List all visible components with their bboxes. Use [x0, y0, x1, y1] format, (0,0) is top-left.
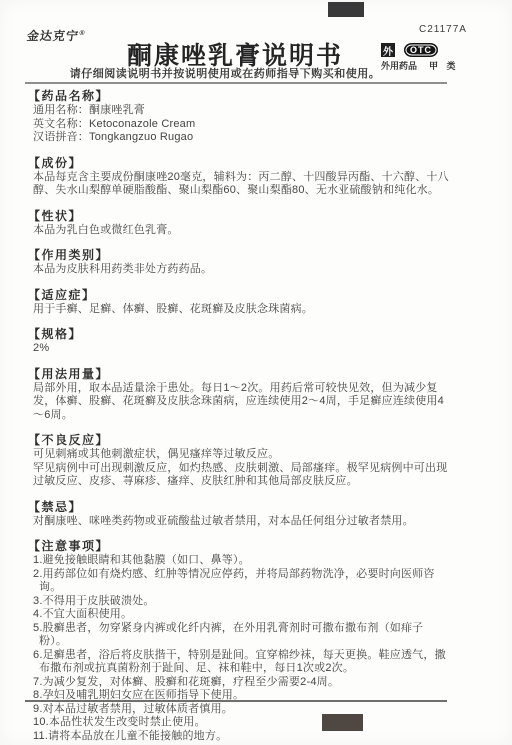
section-text: 本品每克含主要成份酮康唑20毫克，辅料为：丙二醇、十四酸异丙酯、十六醇、十八醇、… [28, 171, 449, 198]
precaution-item: 10.本品性状发生改变时禁止使用。 [28, 716, 449, 730]
section-text: 对酮康唑、咪唑类药物或亚硫酸盐过敏者禁用，对本品任何组分过敏者禁用。 [28, 515, 449, 529]
section-text: 可见刺痛或其他刺激症状，偶见瘙痒等过敏反应。 [28, 448, 449, 462]
footer-divider [25, 700, 447, 702]
section-title: 【规格】 [28, 327, 449, 342]
precaution-item: 3.不得用于皮肤破溃处。 [28, 595, 449, 609]
precaution-item: 9.对本品过敏者禁用，过敏体质者慎用。 [28, 703, 449, 717]
leaflet-content: 【药品名称】 通用名称：酮康唑乳膏 英文名称：Ketoconazole Crea… [28, 86, 449, 743]
section-title: 【适应症】 [28, 288, 449, 303]
drug-leaflet-page: 金达克宁® C21177A 酮康唑乳膏说明书 请仔细阅读说明书并按说明使用或在药… [0, 0, 512, 745]
section-title: 【性状】 [28, 209, 449, 224]
section-drug-name: 【药品名称】 通用名称：酮康唑乳膏 英文名称：Ketoconazole Crea… [28, 89, 449, 145]
precaution-item: 4.不宜大面积使用。 [28, 608, 449, 622]
section-precautions: 【注意事项】 1.避免接触眼睛和其他黏膜（如口、鼻等）。 2.用药部位如有烧灼感… [28, 539, 449, 743]
section-contraindications: 【禁忌】 对酮康唑、咪唑类药物或亚硫酸盐过敏者禁用，对本品任何组分过敏者禁用。 [28, 500, 449, 529]
pinyin-name-line: 汉语拼音：Tongkangzuo Rugao [28, 131, 449, 145]
topical-use-icon: 外 [381, 43, 395, 57]
print-registration-mark-top [328, 2, 364, 17]
precaution-item: 5.股癣患者，勿穿紧身内裤或化纤内裤，在外用乳膏剂时可撒布撒布剂（如痱子粉）。 [28, 622, 449, 649]
precaution-item: 2.用药部位如有烧灼感、红肿等情况应停药，并将局部药物洗净，必要时向医师咨询。 [28, 568, 449, 595]
section-category: 【作用类别】 本品为皮肤科用药类非处方药药品。 [28, 248, 449, 277]
document-code: C21177A [419, 24, 467, 35]
section-title: 【药品名称】 [28, 89, 449, 104]
precaution-item: 6.足癣患者，浴后将皮肤揩干，特别是趾间。宜穿棉纱袜，每天更换。鞋应透气，撒布撒… [28, 649, 449, 676]
print-registration-mark-bottom [322, 714, 363, 731]
section-ingredients: 【成份】 本品每克含主要成份酮康唑20毫克，辅料为：丙二醇、十四酸异丙酯、十六醇… [28, 156, 449, 198]
brand-name: 金达克宁 [26, 29, 80, 43]
section-title: 【注意事项】 [28, 539, 449, 554]
section-indications: 【适应症】 用于手癣、足癣、体癣、股癣、花斑癣及皮肤念珠菌病。 [28, 288, 449, 317]
page-subtitle: 请仔细阅读说明书并按说明使用或在药师指导下购买和使用。 [55, 65, 395, 81]
section-title: 【用法用量】 [28, 367, 449, 382]
section-strength: 【规格】 2% [28, 327, 449, 356]
precaution-item: 7.为减少复发，对体癣、股癣和花斑癣，疗程至少需要2-4周。 [28, 676, 449, 690]
precaution-item: 11.请将本品放在儿童不能接触的地方。 [28, 730, 449, 744]
section-text: 局部外用，取本品适量涂于患处。每日1～2次。用药后常可较快见效，但为减少复发，体… [28, 382, 449, 423]
section-text: 罕见病例中可出现刺激反应，如灼热感、皮肤刺激、局部瘙痒。极罕见病例中可出现过敏反… [28, 462, 449, 489]
section-text: 本品为皮肤科用药类非处方药药品。 [28, 263, 449, 277]
section-text: 本品为乳白色或微红色乳膏。 [28, 224, 449, 238]
brand-logo: 金达克宁® [26, 27, 87, 44]
otc-class-label: 甲 类 [429, 59, 459, 72]
strength-value: 2% [28, 342, 449, 356]
section-title: 【成份】 [28, 156, 449, 171]
precaution-item: 1.避免接触眼睛和其他黏膜（如口、鼻等）。 [28, 554, 449, 568]
header-divider [25, 82, 447, 84]
section-description: 【性状】 本品为乳白色或微红色乳膏。 [28, 209, 449, 238]
section-text: 用于手癣、足癣、体癣、股癣、花斑癣及皮肤念珠菌病。 [28, 303, 449, 317]
topical-use-label: 外用药品 [381, 59, 417, 72]
english-name-line: 英文名称：Ketoconazole Cream [28, 118, 449, 132]
registered-trademark-icon: ® [79, 30, 86, 37]
section-title: 【不良反应】 [28, 433, 449, 448]
section-dosage: 【用法用量】 局部外用，取本品适量涂于患处。每日1～2次。用药后常可较快见效，但… [28, 367, 449, 423]
classification-badges: 外 OTC 外用药品 甲 类 [381, 43, 461, 72]
section-title: 【禁忌】 [28, 500, 449, 515]
otc-icon: OTC [404, 43, 438, 57]
section-adverse-reactions: 【不良反应】 可见刺痛或其他刺激症状，偶见瘙痒等过敏反应。 罕见病例中可出现刺激… [28, 433, 449, 489]
section-title: 【作用类别】 [28, 248, 449, 263]
generic-name-line: 通用名称：酮康唑乳膏 [28, 104, 449, 118]
